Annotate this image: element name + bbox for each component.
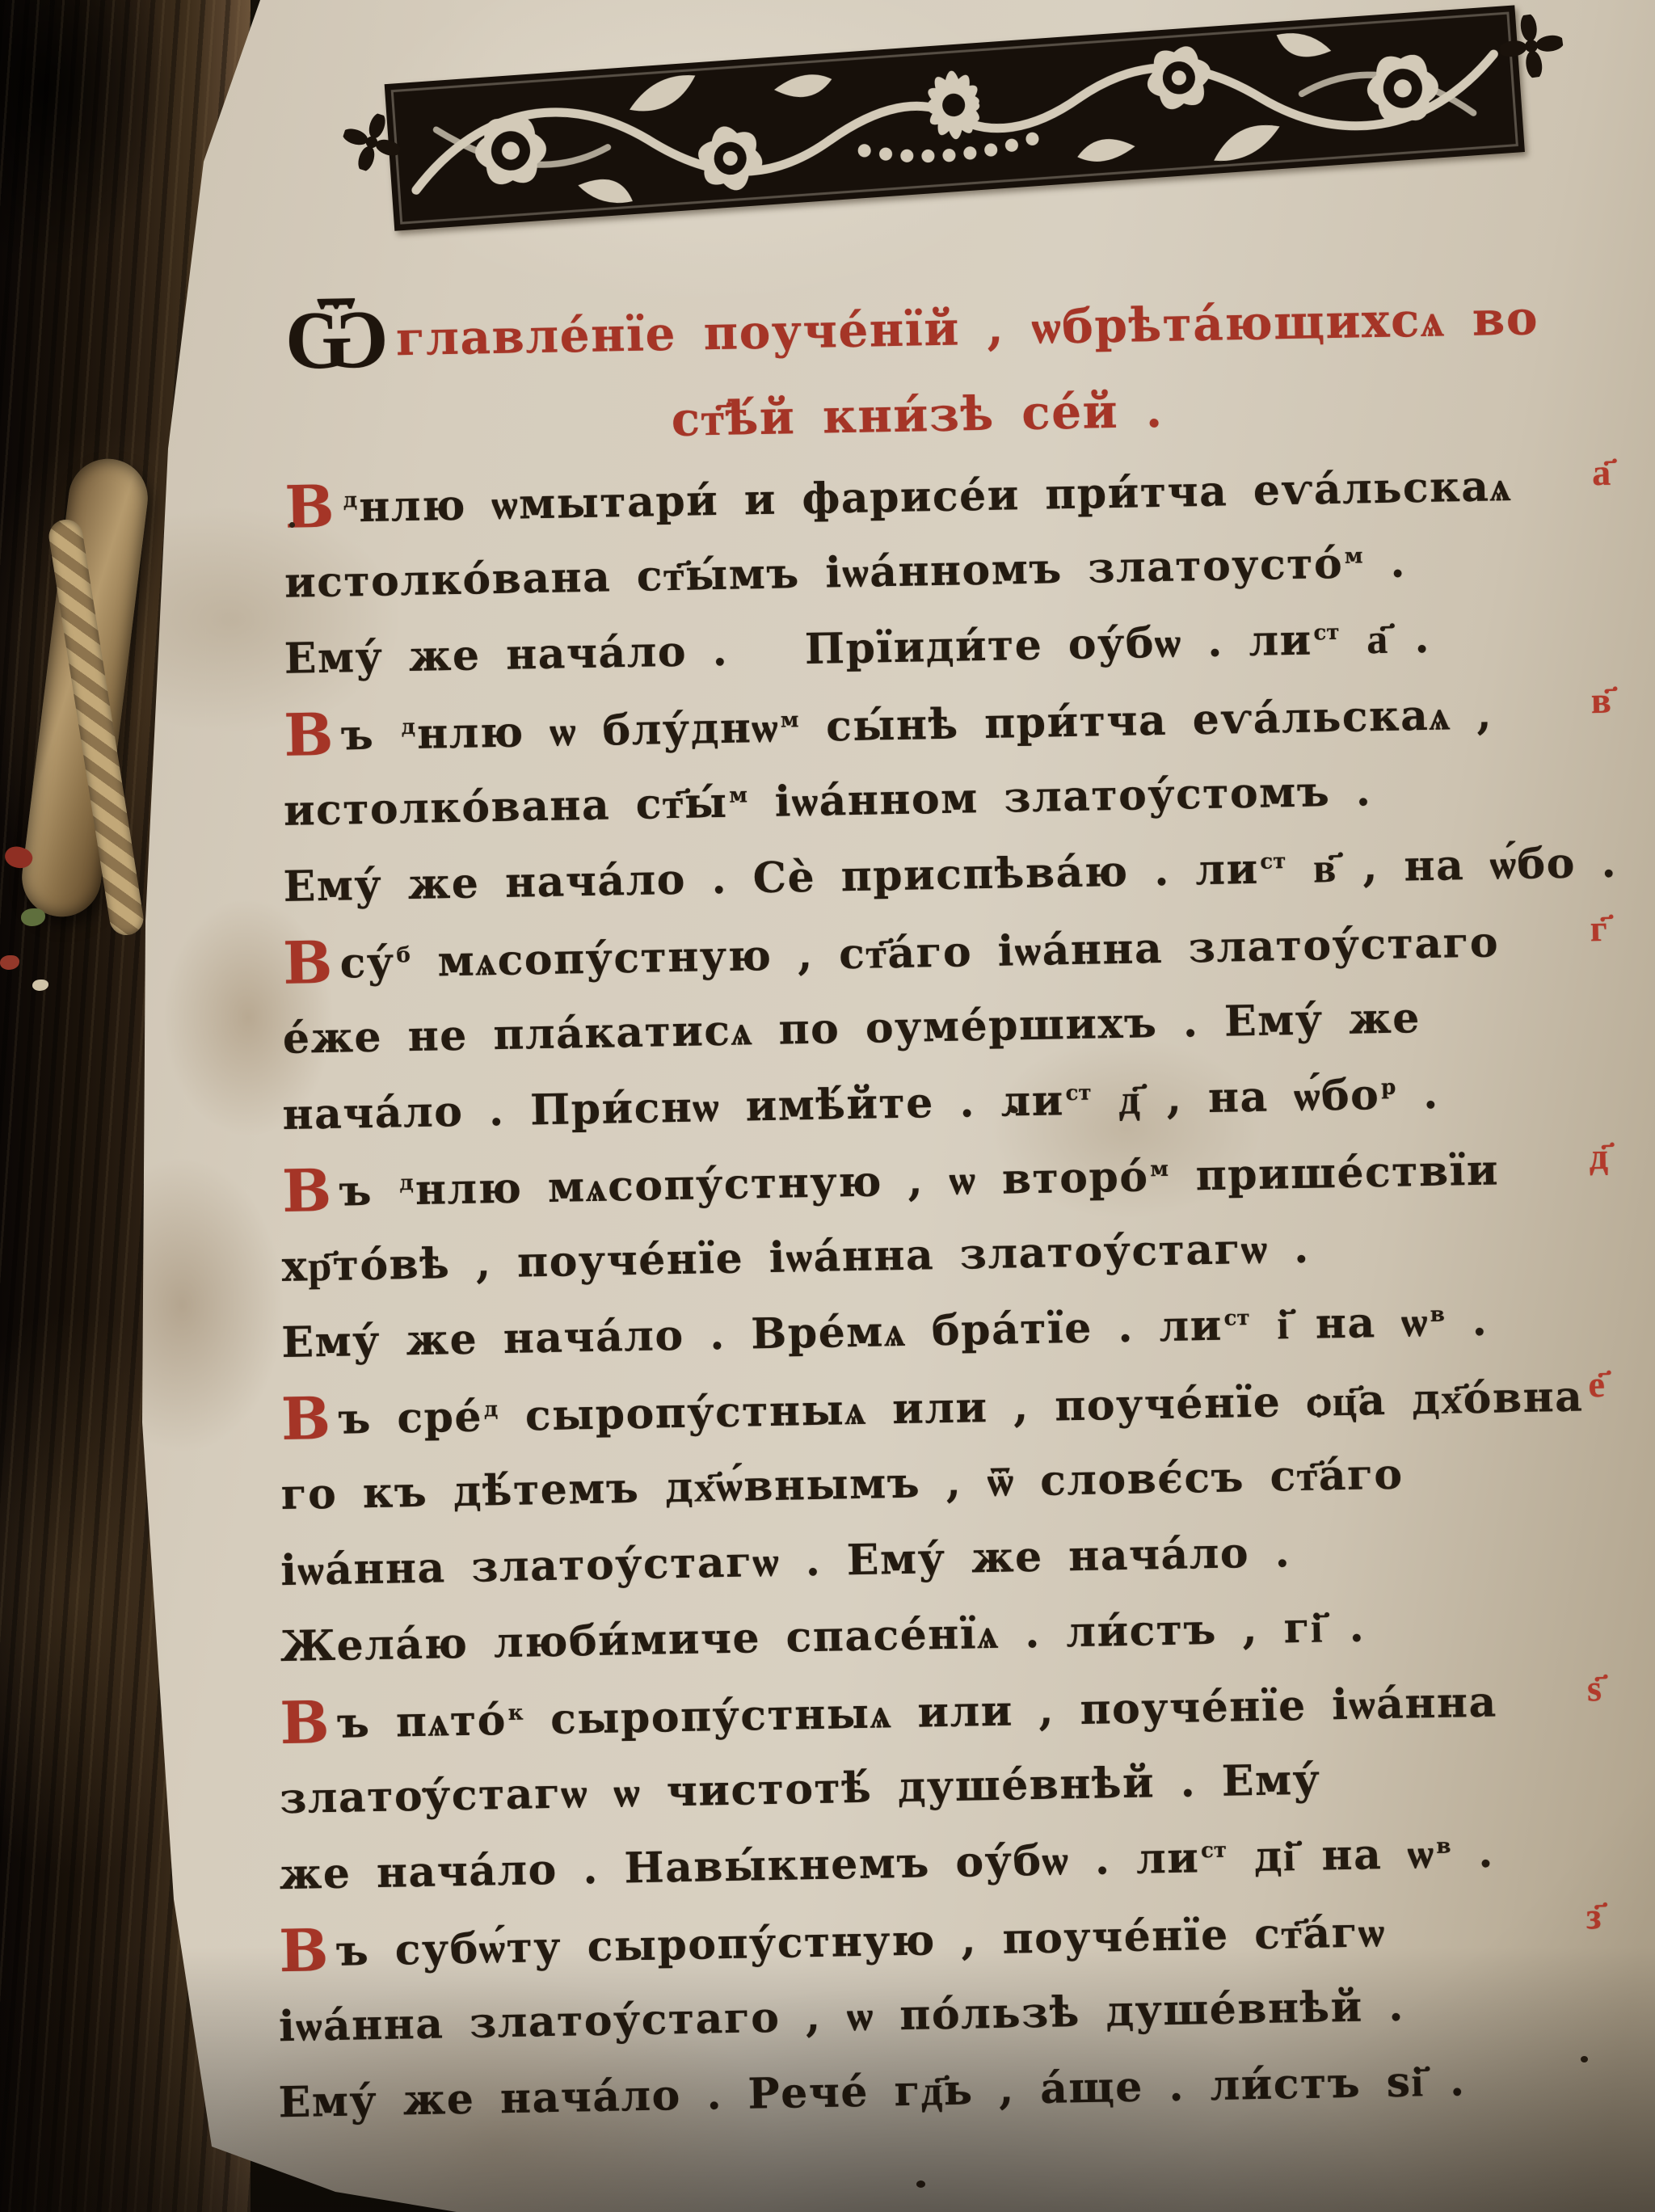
superscript-letter: м bbox=[1345, 545, 1363, 569]
ink-speck bbox=[1581, 2056, 1588, 2062]
table-of-contents: Ѿглавле́нїе поуче́нїй , ѡбрѣта́ющихсѧ во… bbox=[284, 275, 1579, 2140]
title-initial: Ѿ bbox=[284, 289, 390, 388]
superscript-letter: д bbox=[343, 488, 358, 512]
book-photo: Ѿглавле́нїе поуче́нїй , ѡбрѣта́ющихсѧ во… bbox=[0, 0, 1655, 2212]
superscript-letter: ст bbox=[1223, 1306, 1249, 1331]
superscript-letter: ст bbox=[1201, 1839, 1227, 1864]
headpiece-woodcut bbox=[385, 5, 1525, 230]
superscript-letter: ст bbox=[1260, 849, 1286, 874]
superscript-letter: д bbox=[399, 1171, 414, 1195]
ink-speck bbox=[289, 522, 295, 528]
paint-fleck-pale bbox=[32, 980, 48, 991]
superscript-letter: в bbox=[1436, 1835, 1451, 1859]
entry-initial-rubric: В bbox=[281, 1156, 333, 1225]
superscript-letter: м bbox=[729, 784, 747, 808]
paint-fleck-green bbox=[21, 908, 45, 926]
entry-initial-rubric: В bbox=[280, 1384, 332, 1453]
ink-speck bbox=[916, 2180, 925, 2188]
entry-initial-rubric: В bbox=[280, 1687, 331, 1757]
superscript-letter: д bbox=[401, 715, 415, 739]
book-page: Ѿглавле́нїе поуче́нїй , ѡбрѣта́ющихсѧ во… bbox=[0, 0, 1655, 2212]
corner-fleuron-right bbox=[1496, 11, 1567, 82]
superscript-letter: ст bbox=[1065, 1081, 1091, 1106]
superscript-letter: б bbox=[396, 943, 411, 967]
entry-margin-number: з҃ bbox=[1586, 1877, 1602, 1953]
entry-initial-rubric: В bbox=[284, 472, 336, 541]
toc-title-line: ст҃ѣ́й кни́зѣ се́й . bbox=[671, 360, 1548, 462]
entry-initial-rubric: В bbox=[284, 700, 335, 769]
ink-speck bbox=[422, 1788, 427, 1793]
entry-margin-number: а҃ bbox=[1591, 434, 1611, 510]
superscript-letter: м bbox=[781, 708, 799, 732]
headpiece-engraving bbox=[385, 5, 1525, 230]
entry-initial-rubric: В bbox=[279, 1915, 331, 1985]
entry-margin-number: в҃ bbox=[1590, 662, 1612, 738]
superscript-letter: р bbox=[1381, 1076, 1396, 1100]
superscript-letter: д bbox=[484, 1397, 499, 1422]
superscript-letter: к bbox=[507, 1701, 523, 1725]
entry-margin-number: ѕ҃ bbox=[1586, 1650, 1602, 1725]
superscript-letter: в bbox=[1430, 1303, 1445, 1327]
entry-margin-number: г҃ bbox=[1590, 890, 1608, 966]
entry-margin-number: д҃ bbox=[1589, 1118, 1609, 1194]
paint-fleck-red bbox=[0, 955, 19, 970]
entry-margin-number: е҃ bbox=[1588, 1346, 1606, 1422]
superscript-letter: м bbox=[1150, 1157, 1169, 1182]
superscript-letter: ст bbox=[1313, 621, 1339, 646]
entry-initial-rubric: В bbox=[283, 928, 335, 997]
